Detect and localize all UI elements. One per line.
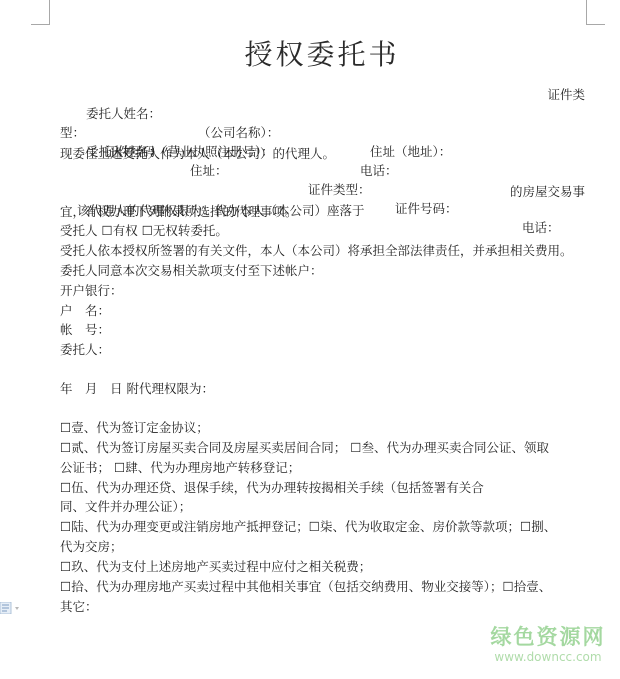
item-3-text: 叁、代为办理买卖合同公证、领取 — [361, 440, 549, 455]
item-9-text: 玖、代为支付上述房地产买卖过程中应付之相关税费； — [71, 559, 371, 574]
checkbox-item-3[interactable]: ☐ — [350, 440, 361, 455]
checkbox-item-1[interactable]: ☐ — [60, 420, 71, 435]
date-line: 年 月 日 附代理权限为： — [60, 379, 214, 398]
watermark: 绿色资源网 www.downcc.com — [483, 624, 613, 665]
item-2-text: 贰、代为签订房屋买卖合同及房屋买卖居间合同； — [71, 440, 346, 455]
authority-items-10-11: ☐拾、代为办理房地产买卖过程中其他相关事宜（包括交纳费用、物业交接等）；☐拾壹、 — [60, 577, 551, 596]
checkbox-item-6[interactable]: ☐ — [60, 519, 71, 534]
account-name-label: 户 名： — [60, 301, 110, 320]
document-title: 授权委托书 — [0, 33, 620, 73]
delegation-prefix: 受托人 — [60, 223, 101, 238]
item-7-text: 柒、代为收取定金、房价款等款项； — [320, 519, 520, 534]
authority-items-3-4: 公证书； ☐肆、代为办理房地产转移登记； — [60, 458, 300, 477]
authority-item-11-cont: 其它： — [60, 597, 98, 616]
watermark-name: 绿色资源网 — [483, 624, 613, 650]
authority-item-5-cont: 同、文件并办理公证）； — [60, 497, 191, 516]
checkbox-item-4[interactable]: ☐ — [114, 460, 125, 475]
authority-item-1: ☐壹、代为签订定金协议； — [60, 418, 209, 437]
item-4-text: 肆、代为办理房地产转移登记； — [125, 460, 300, 475]
agent-address-label: 住址： — [190, 161, 228, 180]
authority-items-6-8: ☐陆、代为办理变更或注销房地产抵押登记；☐柒、代为收取定金、房价款等款项；☐捌、 — [60, 517, 556, 536]
checkbox-item-8[interactable]: ☐ — [520, 519, 531, 534]
item-10-text: 拾、代为办理房地产买卖过程中其他相关事宜（包括交纳费用、物业交接等）； — [71, 579, 502, 594]
delegation-option-yes: 有权 — [113, 223, 138, 238]
checkbox-delegation-no[interactable]: ☐ — [142, 223, 153, 238]
item-3-text-cont: 公证书； — [60, 460, 110, 475]
item-6-text: 陆、代为办理变更或注销房地产抵押登记； — [71, 519, 309, 534]
item-8-text: 捌、 — [531, 519, 556, 534]
checkbox-item-5[interactable]: ☐ — [60, 480, 71, 495]
checkbox-item-11[interactable]: ☐ — [502, 579, 513, 594]
document-list-icon[interactable] — [0, 599, 22, 611]
scope-line-2: 宜，有权办理下列附录所选择的代理事项。 — [60, 202, 298, 221]
liability-statement: 受托人依本授权所签署的有关文件，本人（本公司）将承担全部法律责任，并承担相关费用… — [60, 241, 573, 260]
checkbox-item-7[interactable]: ☐ — [309, 519, 320, 534]
watermark-url: www.downcc.com — [483, 650, 613, 665]
delegation-option-no: 无权转委托。 — [153, 223, 228, 238]
payment-intro: 委托人同意本次交易相关款项支付至下述帐户： — [60, 261, 323, 280]
appointment-statement: 现委任上述受托人作为本人（本公司）的代理人。 — [60, 144, 335, 163]
delegation-line: 受托人 ☐有权 ☐无权转委托。 — [60, 221, 228, 240]
item-1-text: 壹、代为签订定金协议； — [71, 420, 209, 435]
authority-item-9: ☐玖、代为支付上述房地产买卖过程中应付之相关税费； — [60, 557, 371, 576]
principal-id-type-label-part1: 证件类 — [547, 85, 585, 104]
checkbox-item-10[interactable]: ☐ — [60, 579, 71, 594]
authority-item-5: ☐伍、代为办理还贷、退保手续，代为办理转按揭相关手续（包括签署有关合 — [60, 478, 484, 497]
principal-sign-label: 委托人： — [60, 340, 110, 359]
checkbox-delegation-yes[interactable]: ☐ — [101, 223, 112, 238]
bank-label: 开户银行： — [60, 281, 123, 300]
checkbox-item-2[interactable]: ☐ — [60, 440, 71, 455]
authority-item-8-cont: 代为交房； — [60, 537, 123, 556]
item-11-text: 拾壹、 — [514, 579, 552, 594]
checkbox-item-9[interactable]: ☐ — [60, 559, 71, 574]
item-5-text: 伍、代为办理还贷、退保手续，代为办理转按揭相关手续（包括签署有关合 — [71, 480, 484, 495]
scope-text-right: 的房屋交易事 — [510, 182, 585, 201]
page-margin-corner-top-right — [586, 0, 605, 25]
authority-items-2-3: ☐贰、代为签订房屋买卖合同及房屋买卖居间合同； ☐叁、代为办理买卖合同公证、领取 — [60, 438, 549, 457]
page-margin-corner-top-left — [31, 0, 50, 25]
account-number-label: 帐 号： — [60, 320, 110, 339]
